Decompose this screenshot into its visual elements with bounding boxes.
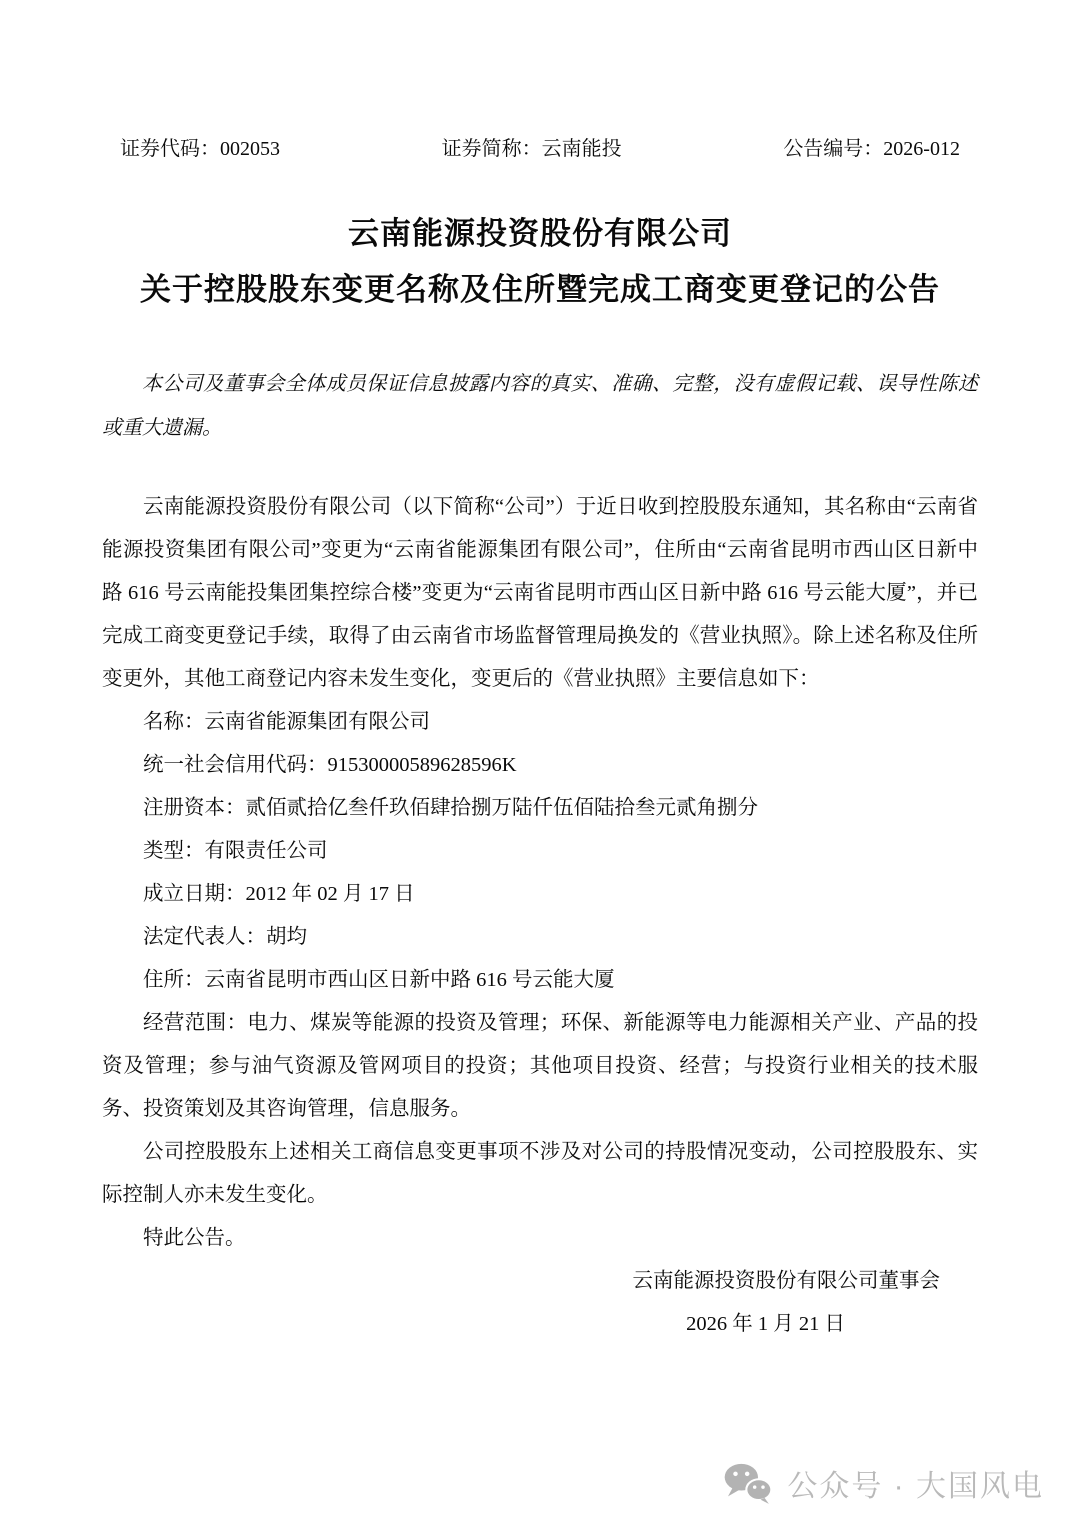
license-item-business-scope: 经营范围：电力、煤炭等能源的投资及管理；环保、新能源等电力能源相关产业、产品的投…: [102, 1002, 978, 1131]
intro-paragraph: 云南能源投资股份有限公司（以下简称“公司”）于近日收到控股股东通知，其名称由“云…: [102, 486, 978, 701]
license-item-registered-capital: 注册资本：贰佰贰拾亿叁仟玖佰肆拾捌万陆仟伍佰陆拾叁元贰角捌分: [102, 787, 978, 830]
license-item-name: 名称：云南省能源集团有限公司: [102, 701, 978, 744]
wechat-icon: [723, 1462, 773, 1504]
document-header: 证券代码：002053 证券简称：云南能投 公告编号：2026-012: [102, 138, 978, 160]
signature-board: 云南能源投资股份有限公司董事会: [102, 1260, 978, 1303]
announcement-body: 云南能源投资股份有限公司（以下简称“公司”）于近日收到控股股东通知，其名称由“云…: [102, 486, 978, 1260]
closing-paragraph: 特此公告。: [102, 1217, 978, 1260]
signature-date: 2026 年 1 月 21 日: [102, 1303, 978, 1346]
announcement-subject-title: 关于控股股东变更名称及住所暨完成工商变更登记的公告: [102, 262, 978, 318]
board-disclaimer: 本公司及董事会全体成员保证信息披露内容的真实、准确、完整，没有虚假记载、误导性陈…: [102, 362, 978, 450]
license-item-credit-code: 统一社会信用代码：91530000589628596K: [102, 744, 978, 787]
document-title: 云南能源投资股份有限公司 关于控股股东变更名称及住所暨完成工商变更登记的公告: [102, 206, 978, 318]
license-item-establish-date: 成立日期：2012 年 02 月 17 日: [102, 873, 978, 916]
license-item-type: 类型：有限责任公司: [102, 830, 978, 873]
company-name-title: 云南能源投资股份有限公司: [102, 206, 978, 262]
license-item-address: 住所：云南省昆明市西山区日新中路 616 号云能大厦: [102, 959, 978, 1002]
watermark: 公众号 · 大国风电: [723, 1461, 1044, 1505]
announcement-document: 证券代码：002053 证券简称：云南能投 公告编号：2026-012 云南能源…: [0, 0, 1080, 1527]
license-item-legal-representative: 法定代表人：胡均: [102, 916, 978, 959]
watermark-text: 公众号 · 大国风电: [787, 1461, 1044, 1505]
no-change-paragraph: 公司控股股东上述相关工商信息变更事项不涉及对公司的持股情况变动，公司控股股东、实…: [102, 1131, 978, 1217]
announcement-number: 公告编号：2026-012: [783, 138, 960, 160]
stock-code: 证券代码：002053: [120, 138, 280, 160]
stock-short-name: 证券简称：云南能投: [442, 138, 622, 160]
